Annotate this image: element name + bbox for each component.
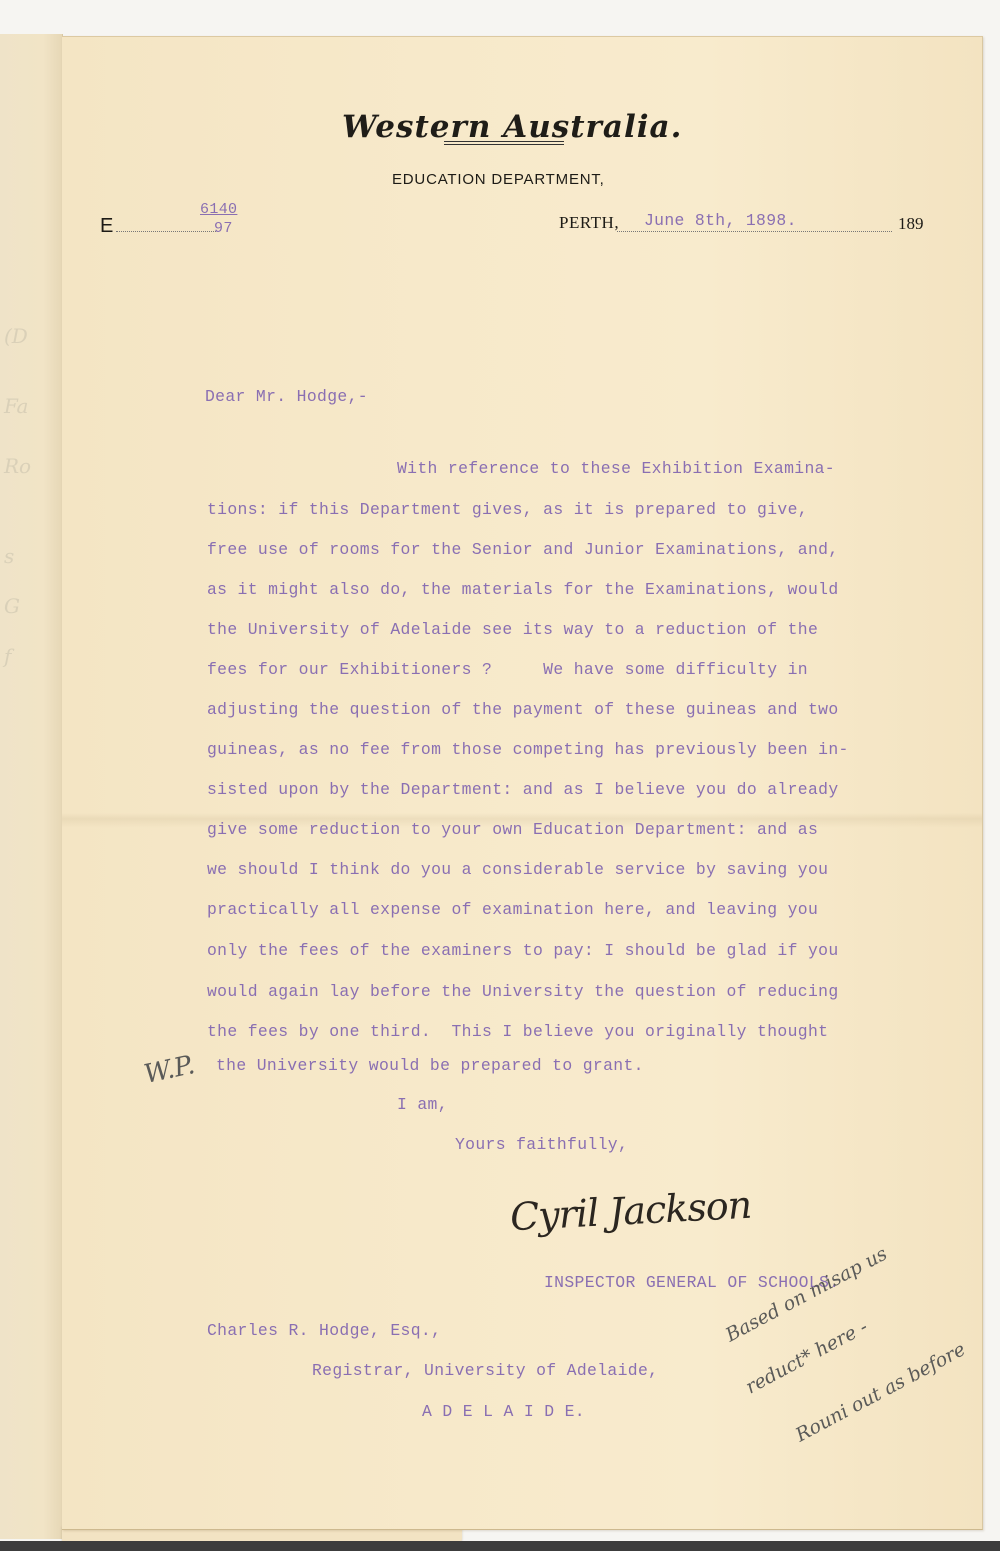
ref-dotted-line xyxy=(116,231,216,232)
signature: Cyril Jackson xyxy=(509,1183,752,1240)
bleed-through-mark: Ro xyxy=(4,454,31,478)
department-name: EDUCATION DEPARTMENT, xyxy=(392,171,605,188)
addressee-city: A D E L A I D E. xyxy=(422,1402,585,1421)
body-line: adjusting the question of the payment of… xyxy=(207,700,839,719)
bleed-through-mark: f xyxy=(4,644,11,668)
body-line: sisted upon by the Department: and as I … xyxy=(207,780,839,799)
body-line: only the fees of the examiners to pay: I… xyxy=(207,941,839,960)
bleed-through-mark: G xyxy=(4,594,20,618)
body-line: the fees by one third. This I believe yo… xyxy=(207,1022,828,1041)
body-line: fees for our Exhibitioners ? We have som… xyxy=(207,660,808,679)
letter-page: Western Australia. EDUCATION DEPARTMENT,… xyxy=(62,36,983,1530)
body-line: With reference to these Exhibition Exami… xyxy=(397,459,835,478)
body-line: the University of Adelaide see its way t… xyxy=(207,620,818,639)
body-line: would again lay before the University th… xyxy=(207,982,839,1001)
addressee-role: Registrar, University of Adelaide, xyxy=(312,1361,658,1380)
bleed-through-mark: (D xyxy=(4,324,28,348)
letterhead-title: Western Australia. xyxy=(342,109,682,145)
margin-initials: W.P. xyxy=(141,1050,197,1090)
body-line: tions: if this Department gives, as it i… xyxy=(207,500,808,519)
body-line: the University would be prepared to gran… xyxy=(216,1056,644,1075)
bleed-through-mark: s xyxy=(4,544,14,568)
body-line: free use of rooms for the Senior and Jun… xyxy=(207,540,839,559)
bleed-through-mark: Fa xyxy=(4,394,28,418)
body-line: guineas, as no fee from those competing … xyxy=(207,740,849,759)
closing-yours-faithfully: Yours faithfully, xyxy=(455,1135,628,1154)
body-line: practically all expense of examination h… xyxy=(207,900,818,919)
letter-date: June 8th, 1898. xyxy=(644,211,797,230)
addressee-name: Charles R. Hodge, Esq., xyxy=(207,1321,441,1340)
date-dotted-line xyxy=(617,231,892,232)
underlying-sheet: (D Fa Ro s G f xyxy=(0,34,63,1539)
body-line: as it might also do, the materials for t… xyxy=(207,580,839,599)
place-label: PERTH, xyxy=(559,213,619,233)
ref-number-bottom: 97 xyxy=(214,220,233,237)
body-line: give some reduction to your own Educatio… xyxy=(207,820,818,839)
ref-number-top: 6140 xyxy=(200,201,237,218)
letterhead-rule-2 xyxy=(444,144,564,145)
salutation: Dear Mr. Hodge,- xyxy=(205,387,368,406)
closing-i-am: I am, xyxy=(397,1095,448,1114)
scan-edge xyxy=(0,1541,1000,1551)
ref-prefix: E xyxy=(100,215,113,238)
printed-year: 189 xyxy=(898,214,924,234)
letterhead-rule xyxy=(444,141,564,142)
body-line: we should I think do you a considerable … xyxy=(207,860,828,879)
